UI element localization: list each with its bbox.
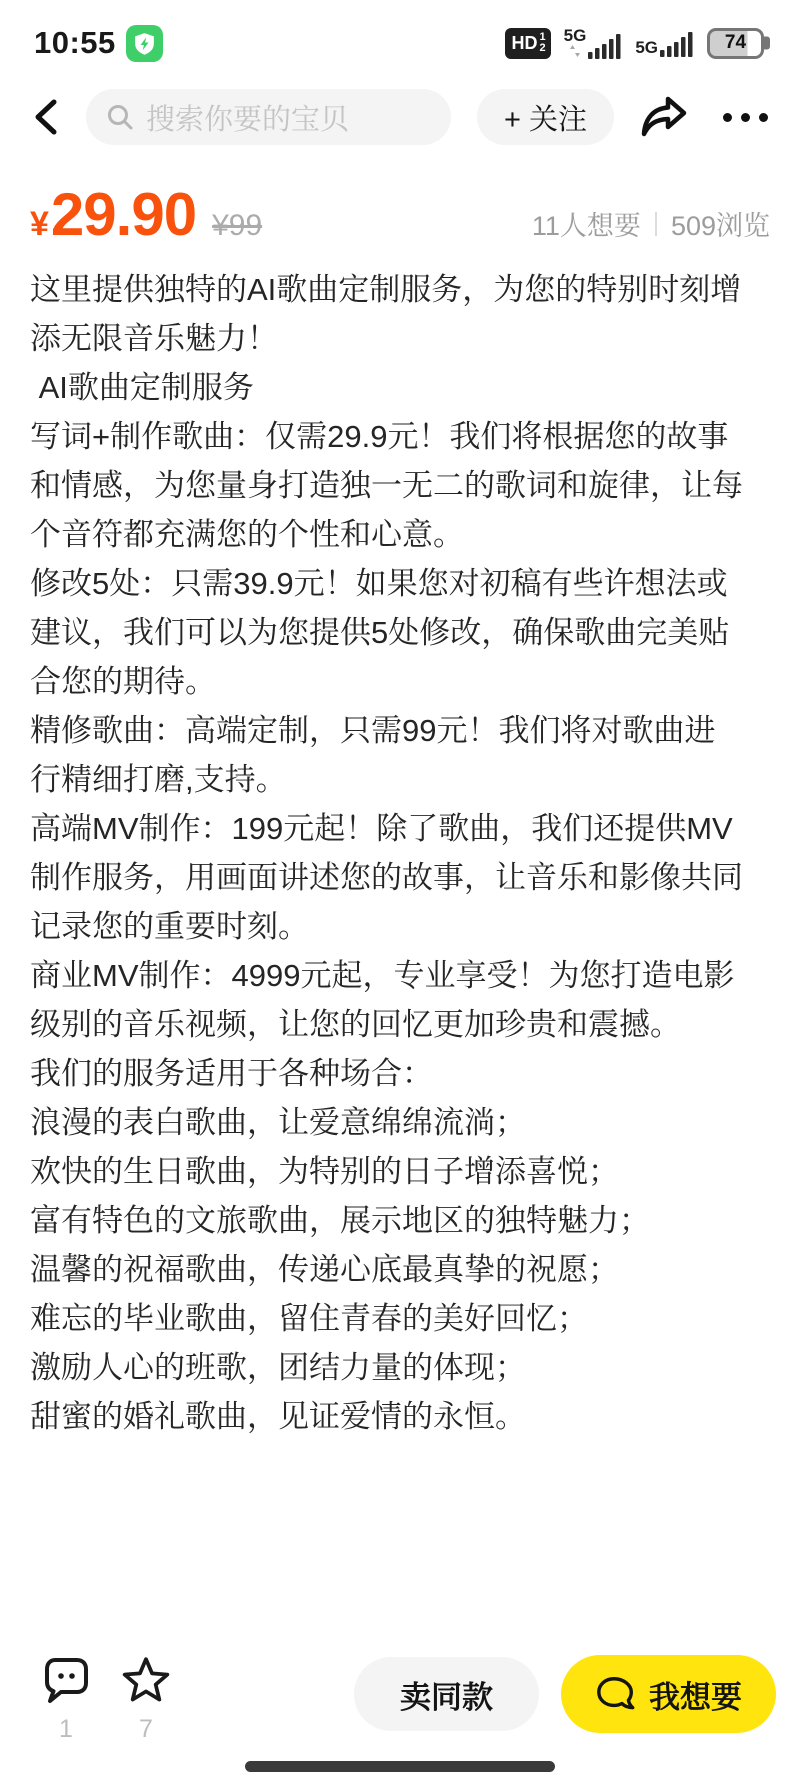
signal-sim1-icon: 5G <box>564 27 623 59</box>
description-line: 难忘的毕业歌曲，留住青春的美好回忆； <box>30 1294 770 1343</box>
data-activity-icon <box>569 44 581 58</box>
follow-button[interactable]: + 关注 <box>477 89 614 145</box>
description-line: 甜蜜的婚礼歌曲，见证爱情的永恒。 <box>30 1392 770 1441</box>
description-line: 个音符都充满您的个性和心意。 <box>30 510 770 559</box>
description-line: 和情感，为您量身打造独一无二的歌词和旋律，让每 <box>30 461 770 510</box>
product-detail-screen: 10:55 HD 1 2 5G <box>0 0 800 1780</box>
status-bar-right: HD 1 2 5G <box>505 27 771 59</box>
star-icon <box>121 1655 171 1705</box>
description-line: 制作服务，用画面讲述您的故事，让音乐和影像共同 <box>30 853 770 902</box>
description-line: 修改5处：只需39.9元！如果您对初稿有些许想法或 <box>30 559 770 608</box>
description-line: 温馨的祝福歌曲，传递心底最真挚的祝愿； <box>30 1245 770 1294</box>
description-line: AI歌曲定制服务 <box>30 363 770 412</box>
want-count: 11人想要 <box>532 204 641 243</box>
price-currency: ¥ <box>30 205 49 244</box>
description-line: 商业MV制作：4999元起，专业享受！为您打造电影 <box>30 951 770 1000</box>
battery-percent: 74 <box>725 32 746 54</box>
description-line: 添无限音乐魅力！ <box>30 314 770 363</box>
share-arrow-icon <box>640 95 688 139</box>
description-line: 欢快的生日歌曲，为特别的日子增添喜悦； <box>30 1147 770 1196</box>
description-line: 浪漫的表白歌曲，让爱意绵绵流淌； <box>30 1098 770 1147</box>
volte-hd-icon: HD 1 2 <box>505 28 551 59</box>
bottom-action-bar: 1 7 卖同款 我想要 <box>0 1655 800 1744</box>
description-line: 行精细打磨,支持。 <box>30 755 770 804</box>
more-options-button[interactable] <box>710 113 768 122</box>
comment-count: 1 <box>59 1715 73 1744</box>
product-description: 这里提供独特的AI歌曲定制服务，为您的特别时刻增 添无限音乐魅力！ AI歌曲定制… <box>0 265 800 1441</box>
original-price: ¥99 <box>212 209 262 243</box>
description-line: 记录您的重要时刻。 <box>30 902 770 951</box>
back-button[interactable] <box>30 97 62 137</box>
price-amount: 29.90 <box>51 180 196 249</box>
item-stats: 11人想要 509浏览 <box>532 204 770 243</box>
nav-bar: 搜索你要的宝贝 + 关注 <box>0 78 800 156</box>
chat-bubble-icon <box>595 1674 637 1714</box>
description-line: 这里提供独特的AI歌曲定制服务，为您的特别时刻增 <box>30 265 770 314</box>
share-button[interactable] <box>640 95 688 139</box>
i-want-it-label: 我想要 <box>649 1672 742 1717</box>
signal-sim2-icon: 5G <box>635 30 694 57</box>
description-line: 合您的期待。 <box>30 657 770 706</box>
favorite-action[interactable]: 7 <box>106 1655 186 1744</box>
stats-divider <box>655 212 657 236</box>
description-line: 富有特色的文旅歌曲，展示地区的独特魅力； <box>30 1196 770 1245</box>
i-want-it-button[interactable]: 我想要 <box>561 1655 776 1733</box>
status-time: 10:55 <box>34 25 116 61</box>
comment-action[interactable]: 1 <box>26 1655 106 1744</box>
status-bar-left: 10:55 <box>34 25 163 62</box>
description-line: 建议，我们可以为您提供5处修改，确保歌曲完美贴 <box>30 608 770 657</box>
search-placeholder: 搜索你要的宝贝 <box>146 97 349 138</box>
search-icon <box>106 103 134 131</box>
view-count: 509浏览 <box>671 204 770 243</box>
battery-icon: 74 <box>707 28 764 59</box>
comment-bubble-icon <box>42 1655 90 1705</box>
price-row: ¥ 29.90 ¥99 11人想要 509浏览 <box>0 180 800 249</box>
description-line: 激励人心的班歌，团结力量的体现； <box>30 1343 770 1392</box>
status-bar: 10:55 HD 1 2 5G <box>0 0 800 70</box>
description-line: 高端MV制作：199元起！除了歌曲，我们还提供MV <box>30 804 770 853</box>
description-line: 级别的音乐视频，让您的回忆更加珍贵和震撼。 <box>30 1000 770 1049</box>
description-line: 精修歌曲：高端定制，只需99元！我们将对歌曲进 <box>30 706 770 755</box>
favorite-count: 7 <box>139 1715 153 1744</box>
back-chevron-icon <box>30 97 62 137</box>
sell-same-button[interactable]: 卖同款 <box>354 1657 539 1731</box>
home-indicator[interactable] <box>245 1761 555 1772</box>
battery-saver-shield-icon <box>126 25 163 62</box>
description-line: 写词+制作歌曲：仅需29.9元！我们将根据您的故事 <box>30 412 770 461</box>
search-input[interactable]: 搜索你要的宝贝 <box>86 89 451 145</box>
description-line: 我们的服务适用于各种场合： <box>30 1049 770 1098</box>
